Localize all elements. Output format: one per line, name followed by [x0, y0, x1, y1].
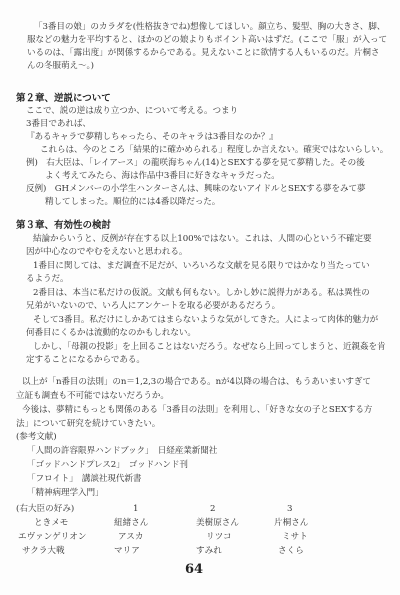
references-heading: (参考文献) — [16, 431, 56, 444]
chapter3-line: 2番目は、本当に私だけの仮説。文献も何もない。しかし妙に説得力がある。私は異性の — [33, 287, 370, 300]
chapter3-line: 1番目に関しては、まだ調査不足だが、いろいろな文献を見る限りではかなり当たってい — [33, 260, 370, 273]
chapter3-line: るようだ。 — [26, 273, 68, 286]
chapter3-line: 因が中心なのでやむをえないと思われる。 — [26, 246, 187, 259]
preferences-value: 片桐さん — [274, 517, 308, 530]
chapter2-example: よく考えてみたら、海は作品中3番目に好きなキャラだった。 — [45, 170, 280, 183]
chapter3-line: 定することになるからである。 — [26, 354, 145, 367]
chapter3-line: そして3番目。私だけにしかあてはまらないような気がしてきた。人によって肉体的魅力… — [33, 314, 378, 327]
preferences-work: エヴァンゲリオン — [18, 531, 86, 544]
intro-line: んの冬服萌え〜。) — [27, 60, 94, 73]
preferences-value: ミサト — [282, 531, 308, 544]
chapter2-counterexample: 反例) GHメンバーの小学生ハンターさんは、興味のないアイドルとSEXする夢をみ… — [26, 183, 365, 196]
chapter3-line: 何番目にくるかは流動的なのかもしれない。 — [26, 327, 196, 340]
preferences-title: (右大臣の好み) — [16, 503, 74, 516]
reference-item: 「フロイト」 講談社現代新書 — [27, 473, 141, 486]
preferences-value: 紐緒さん — [114, 517, 148, 530]
document-page: 「3番目の娘」のカラダを(性格抜きでね)想像してほしい。顔立ち、髪型、胸の大きさ… — [0, 0, 400, 595]
chapter2-line: 3番目であれば、 — [26, 118, 91, 131]
chapter2-counterexample: 精してしまった。順位的には4番以降だった。 — [45, 196, 220, 209]
chapter2-line: 『あるキャラで夢精しちゃったら、そのキャラは3番目なのか？』 — [26, 131, 278, 144]
preferences-value: さくら — [278, 545, 304, 558]
conclusion-line: 今後は、夢精にもっとも関係のある「3番目の法則」を利用し、「好きな女の子とSEX… — [22, 404, 372, 417]
conclusion-line: 以上が「n番目の法則」のn＝1,2,3の場合である。nが4以降の場合は、もうあい… — [22, 376, 371, 389]
chapter2-heading: 第２章、逆説について — [16, 92, 111, 105]
preferences-value: マリア — [114, 545, 140, 558]
chapter3-line: しかし、「母親の投影」を上回ることはないだろう。なぜなら上回ってしまうと、近親姦… — [33, 341, 385, 354]
chapter3-heading: 第３章、有効性の検討 — [16, 219, 111, 232]
preferences-work: サクラ大戦 — [22, 545, 65, 558]
preferences-column-header: 3 — [287, 503, 292, 516]
chapter2-line: これらは、今のところ「結果的に確かめられる」程度しか言えない。確実ではないらしい… — [40, 144, 388, 157]
preferences-value: すみれ — [196, 545, 222, 558]
intro-line: 「3番目の娘」のカラダを(性格抜きでね)想像してほしい。顔立ち、髪型、胸の大きさ… — [34, 21, 385, 34]
chapter2-example: 例) 右大臣は、「レイアース」の龍咲海ちゃん(14)とSEXする夢を見て夢精した… — [26, 157, 365, 170]
reference-item: 「精神病理学入門」 — [27, 487, 103, 500]
intro-line: いるのは、「露出度」が関係するからである。見えないことに欲情する人もいるのだ。片… — [27, 47, 379, 60]
preferences-value: 美樹原さん — [196, 517, 239, 530]
preferences-value: アスカ — [118, 531, 143, 544]
page-number: 64 — [185, 562, 203, 577]
preferences-column-header: 2 — [210, 503, 215, 516]
intro-line: 服などの魅力を平均すると、ほかのどの娘よりもポイント高いはずだ。(ここで「服」が… — [27, 34, 387, 47]
chapter2-line: ここで、説の逆は成り立つか、について考える。つまり — [26, 105, 238, 118]
chapter3-line: 結論からいうと、反例が存在する以上100%ではない。これは、人間の心という不確定… — [33, 233, 371, 246]
reference-item: 「人間の許容限界ハンドブック」 日経産業新聞社 — [27, 445, 217, 458]
preferences-column-header: 1 — [133, 503, 138, 516]
conclusion-line: 立証も調査も不可能ではないだろうか。 — [16, 390, 169, 403]
chapter3-line: 兄弟がいないので、いろ人にアンケートを取る必要があるだろう。 — [26, 300, 280, 313]
conclusion-line: 法」について研究を続けていきたい。 — [16, 418, 160, 431]
preferences-value: リツコ — [206, 531, 232, 544]
reference-item: 「ゴッドハンドプレス2」 ゴッドハンド刊 — [27, 459, 188, 472]
preferences-work: ときメモ — [34, 517, 68, 530]
